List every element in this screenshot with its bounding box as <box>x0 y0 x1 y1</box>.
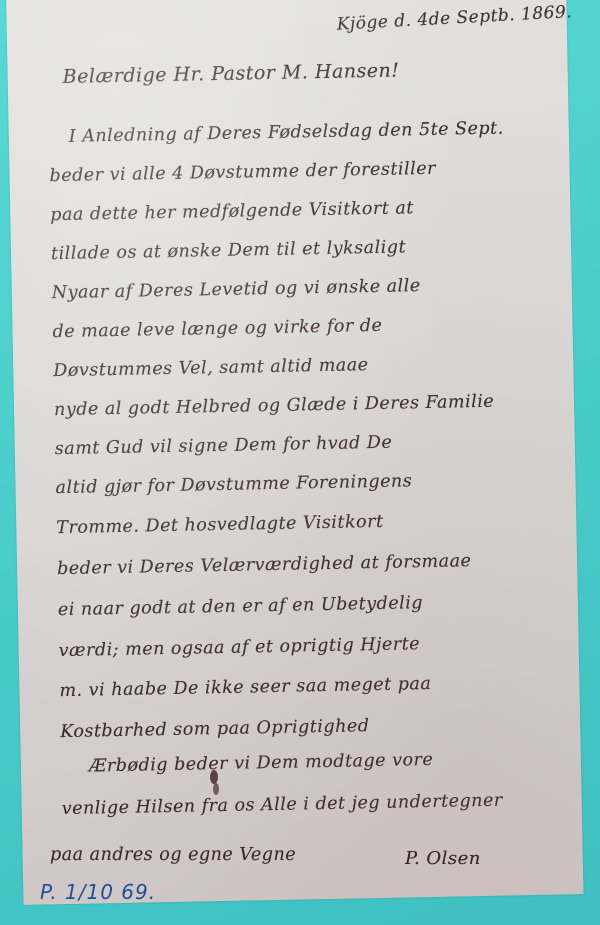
letter-line: I Anledning af Deres Fødselsdag den 5te … <box>69 120 504 146</box>
letter-line: altid gjør for Døvstumme Foreningens <box>55 473 412 497</box>
letter-line: m. vi haabe De ikke seer saa meget paa <box>59 676 431 701</box>
letter-date: Kjöge d. 4de Septb. 1869. <box>336 2 572 35</box>
letter-sheet: Kjöge d. 4de Septb. 1869. Belærdige Hr. … <box>6 0 583 905</box>
letter-line: værdi; men ogsaa af et oprigtig Hjerte <box>59 636 421 660</box>
letter-line: venlige Hilsen fra os Alle i det jeg und… <box>62 793 503 819</box>
letter-line: ei naar godt at den er af en Ubetydelig <box>58 595 423 620</box>
letter-line: beder vi alle 4 Døvstumme der forestille… <box>49 161 436 186</box>
letter-line: de maae leve længe og virke for de <box>52 318 382 342</box>
letter-line: samt Gud vil signe Dem for hvad De <box>55 435 393 459</box>
letter-line: Ærbødig beder vi Dem modtage vore <box>89 752 434 776</box>
letter-signature: P. Olsen <box>405 848 481 869</box>
letter-line: Døvstummes Vel, samt altid maae <box>53 357 369 381</box>
letter-line: tillade os at ønske Dem til et lyksaligt <box>51 239 406 263</box>
archive-pencil-note: P. 1/10 69. <box>40 880 156 904</box>
letter-line: Tromme. Det hosvedlagte Visitkort <box>56 514 384 538</box>
letter-line: paa andres og egne Vegne <box>50 847 296 865</box>
letter-line: nyde al godt Helbred og Glæde i Deres Fa… <box>54 394 494 420</box>
letter-line: Kostbarhed som paa Oprigtighed <box>60 718 370 741</box>
letter-salutation: Belærdige Hr. Pastor M. Hansen! <box>62 59 399 87</box>
letter-line: beder vi Deres Velærværdighed at forsmaa… <box>57 553 472 578</box>
letter-line: paa dette her medfølgende Visitkort at <box>50 200 414 224</box>
ink-blot <box>210 770 218 784</box>
letter-line: Nyaar af Deres Levetid og vi ønske alle <box>52 278 421 303</box>
